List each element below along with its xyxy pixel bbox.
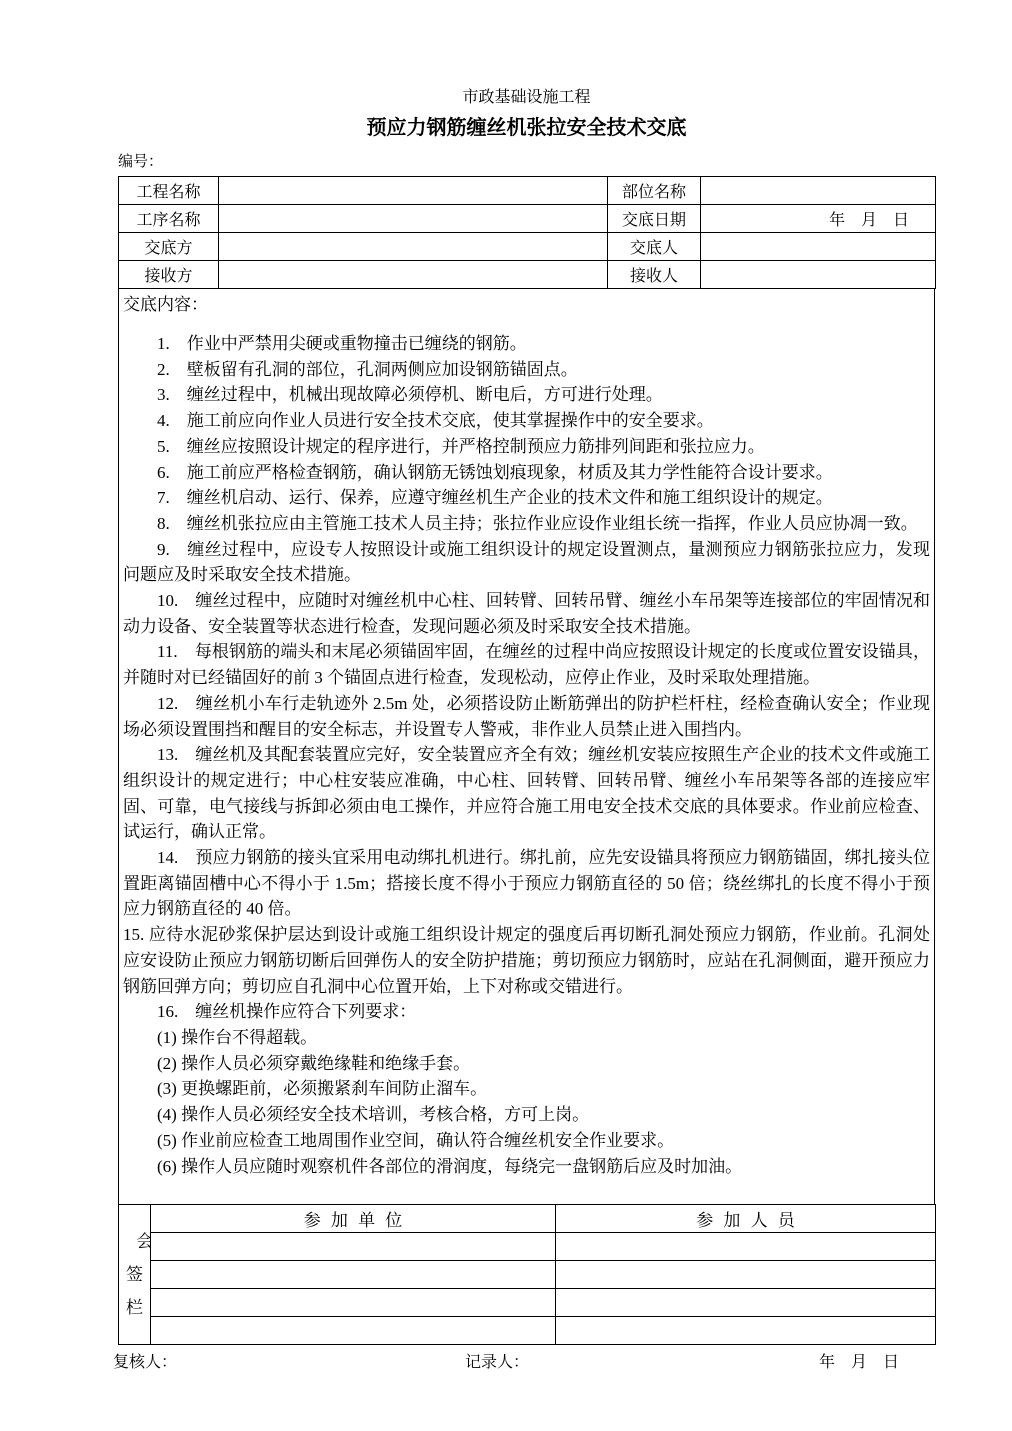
- part-name-label: 部位名称: [608, 177, 701, 205]
- project-name-label: 工程名称: [119, 177, 219, 205]
- content-item: 4. 施工前应向作业人员进行安全技术交底，使其掌握操作中的安全要求。: [123, 408, 930, 434]
- reviewer-label: 复核人：: [113, 1353, 177, 1373]
- participating-person-cell: [556, 1261, 936, 1289]
- content-subitem: (3) 更换螺距前，必须搬紧刹车间防止溜车。: [123, 1076, 930, 1102]
- signature-row: [119, 1233, 936, 1261]
- discloser-person-value: [701, 233, 936, 261]
- participating-unit-cell: [151, 1317, 556, 1345]
- process-name-label: 工序名称: [119, 205, 219, 233]
- content-item: 5. 缠丝应按照设计规定的程序进行，并严格控制预应力筋排列间距和张拉应力。: [123, 434, 930, 460]
- info-row: 工程名称 部位名称: [119, 177, 936, 205]
- doc-category-title: 市政基础设施工程: [118, 88, 935, 108]
- participating-person-cell: [556, 1233, 936, 1261]
- content-item: 13. 缠丝机及其配套装置应完好，安全装置应齐全有效；缠丝机安装应按照生产企业的…: [123, 742, 930, 845]
- document-page: 市政基础设施工程 预应力钢筋缠丝机张拉安全技术交底 编号： 工程名称 部位名称 …: [0, 0, 1012, 1431]
- disclosure-content-cell: 交底内容： 1. 作业中严禁用尖硬或重物撞击已缠绕的钢筋。 2. 壁板留有孔洞的…: [118, 289, 935, 1205]
- signature-row: [119, 1261, 936, 1289]
- participating-unit-cell: [151, 1233, 556, 1261]
- receiver-person-value: [701, 261, 936, 289]
- signature-row: [119, 1317, 936, 1345]
- info-row: 接收方 接收人: [119, 261, 936, 289]
- receiver-party-label: 接收方: [119, 261, 219, 289]
- info-table: 工程名称 部位名称 工序名称 交底日期 年 月 日 交底方 交底人 接收方 接收…: [118, 176, 936, 289]
- content-item: 9. 缠丝过程中，应设专人按照设计或施工组织设计的规定设置测点，量测预应力钢筋张…: [123, 537, 930, 588]
- signature-row: [119, 1289, 936, 1317]
- process-name-value: [219, 205, 608, 233]
- content-subitem: (4) 操作人员必须经安全技术培训，考核合格，方可上岗。: [123, 1102, 930, 1128]
- disclosure-date-label: 交底日期: [608, 205, 701, 233]
- signature-header-row: 会签栏 参加单位 参加人员: [119, 1205, 936, 1233]
- footer-date: 年 月 日: [819, 1353, 899, 1373]
- signature-side-label: 会签栏: [119, 1205, 151, 1345]
- content-item: 14. 预应力钢筋的接头宜采用电动绑扎机进行。绑扎前，应先安设锚具将预应力钢筋锚…: [123, 845, 930, 922]
- receiver-party-value: [219, 261, 608, 289]
- content-subitem: (1) 操作台不得超载。: [123, 1025, 930, 1051]
- content-item: 10. 缠丝过程中，应随时对缠丝机中心柱、回转臂、回转吊臂、缠丝小车吊架等连接部…: [123, 588, 930, 639]
- content-item: 15. 应待水泥砂浆保护层达到设计或施工组织设计规定的强度后再切断孔洞处预应力钢…: [123, 922, 930, 999]
- content-item: 1. 作业中严禁用尖硬或重物撞击已缠绕的钢筋。: [123, 331, 930, 357]
- content-item: 8. 缠丝机张拉应由主管施工技术人员主持；张拉作业应设作业组长统一指挥，作业人员…: [123, 511, 930, 537]
- participating-person-cell: [556, 1289, 936, 1317]
- participating-unit-cell: [151, 1261, 556, 1289]
- receiver-person-label: 接收人: [608, 261, 701, 289]
- disclosure-date-value: 年 月 日: [701, 205, 936, 233]
- discloser-person-label: 交底人: [608, 233, 701, 261]
- content-subitem: (5) 作业前应检查工地周围作业空间，确认符合缠丝机安全作业要求。: [123, 1128, 930, 1154]
- content-item: 12. 缠丝机小车行走轨迹外 2.5m 处，必须搭设防止断筋弹出的防护栏杆柱，经…: [123, 691, 930, 742]
- recorder-label: 记录人：: [465, 1353, 529, 1373]
- disclosure-item-list: 1. 作业中严禁用尖硬或重物撞击已缠绕的钢筋。 2. 壁板留有孔洞的部位，孔洞两…: [123, 331, 930, 1179]
- participating-unit-header: 参加单位: [151, 1205, 556, 1233]
- signature-side-label-text: 会签栏: [126, 1225, 143, 1324]
- part-name-value: [701, 177, 936, 205]
- page-footer: 复核人： 记录人： 年 月 日: [118, 1353, 935, 1373]
- discloser-party-label: 交底方: [119, 233, 219, 261]
- info-row: 工序名称 交底日期 年 月 日: [119, 205, 936, 233]
- content-item: 16. 缠丝机操作应符合下列要求：: [123, 999, 930, 1025]
- content-subitem: (6) 操作人员应随时观察机件各部位的滑润度，每绕完一盘钢筋后应及时加油。: [123, 1154, 930, 1180]
- content-item: 3. 缠丝过程中，机械出现故障必须停机、断电后，方可进行处理。: [123, 382, 930, 408]
- content-item: 6. 施工前应严格检查钢筋，确认钢筋无锈蚀划痕现象，材质及其力学性能符合设计要求…: [123, 460, 930, 486]
- content-item: 7. 缠丝机启动、运行、保养，应遵守缠丝机生产企业的技术文件和施工组织设计的规定…: [123, 485, 930, 511]
- content-item: 2. 壁板留有孔洞的部位，孔洞两侧应加设钢筋锚固点。: [123, 357, 930, 383]
- discloser-party-value: [219, 233, 608, 261]
- project-name-value: [219, 177, 608, 205]
- participating-unit-cell: [151, 1289, 556, 1317]
- disclosure-content-label: 交底内容：: [123, 292, 930, 318]
- participating-person-header: 参加人员: [556, 1205, 936, 1233]
- content-subitem: (2) 操作人员必须穿戴绝缘鞋和绝缘手套。: [123, 1051, 930, 1077]
- participating-person-cell: [556, 1317, 936, 1345]
- doc-title: 预应力钢筋缠丝机张拉安全技术交底: [118, 116, 935, 140]
- info-row: 交底方 交底人: [119, 233, 936, 261]
- doc-number-label: 编号：: [118, 152, 935, 172]
- content-item: 11. 每根钢筋的端头和末尾必须锚固牢固，在缠丝的过程中尚应按照设计规定的长度或…: [123, 639, 930, 690]
- signature-table: 会签栏 参加单位 参加人员: [118, 1204, 936, 1345]
